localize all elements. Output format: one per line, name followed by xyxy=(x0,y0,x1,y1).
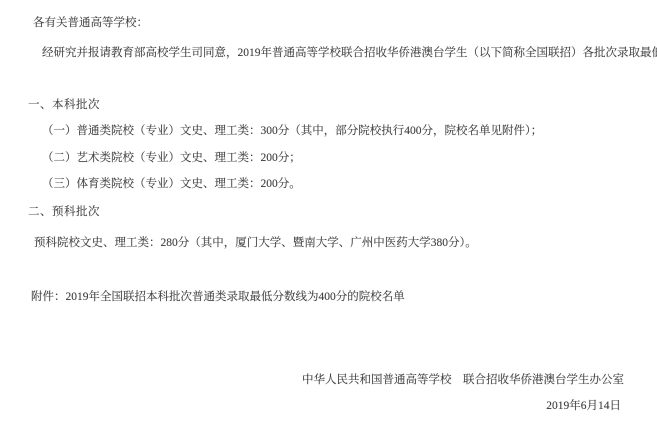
issuer-signature: 中华人民共和国普通高等学校 联合招收华侨港澳台学生办公室 xyxy=(302,373,624,388)
score-line-preparatory-colleges: 预科院校文史、理工类：280分（其中，厦门大学、暨南大学、广州中医药大学380分… xyxy=(34,236,477,251)
attachment-note: 附件：2019年全国联招本科批次普通类录取最低分数线为400分的院校名单 xyxy=(31,290,405,305)
section-heading-preparatory-batch: 二、预科批次 xyxy=(28,205,100,220)
section-heading-undergraduate-batch: 一、本科批次 xyxy=(28,98,100,113)
notice-document: 各有关普通高等学校： 经研究并报请教育部高校学生司同意，2019年普通高等学校联… xyxy=(0,0,657,424)
score-line-sports-colleges: （三）体育类院校（专业）文史、理工类：200分。 xyxy=(42,177,301,192)
salutation: 各有关普通高等学校： xyxy=(33,16,148,31)
issue-date: 2019年6月14日 xyxy=(546,399,621,414)
intro-paragraph: 经研究并报请教育部高校学生司同意，2019年普通高等学校联合招收华侨港澳台学生（… xyxy=(10,43,635,64)
score-line-general-colleges: （一）普通类院校（专业）文史、理工类：300分（其中，部分院校执行400分，院校… xyxy=(42,124,542,139)
score-line-art-colleges: （二）艺术类院校（专业）文史、理工类：200分； xyxy=(42,151,301,166)
